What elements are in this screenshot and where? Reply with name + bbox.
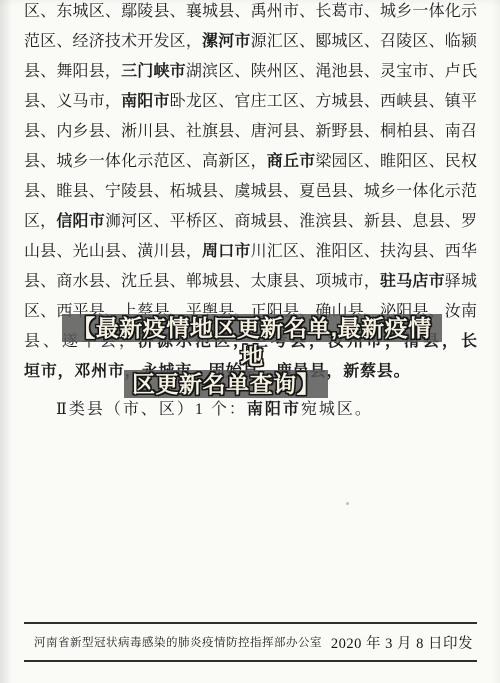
city-name-bold: 周口市 — [202, 243, 251, 260]
district-names: 县、睢县、宁陵县、柘城县、虞城县、夏邑县、城乡一体化示范 — [24, 183, 477, 200]
district-names: 梁园区、睢阳区、民权 — [315, 153, 477, 170]
watermark-line-2: 区更新名单查询】 — [36, 370, 416, 398]
text-line: 县、义马市，南阳市卧龙区、官庄工区、方城县、西峡县、镇平 — [24, 87, 477, 117]
district-names: 宛城区。 — [301, 401, 373, 418]
text-line: 县、舞阳县，三门峡市湖滨区、陕州区、渑池县、灵宝市、卢氏 — [24, 57, 477, 87]
district-names: 县、义马市， — [24, 93, 121, 110]
city-name-bold: 三门峡市 — [121, 63, 186, 80]
text-line: 县、商水县、沈丘县、郸城县、太康县、项城市，驻马店市驿城 — [24, 267, 477, 297]
district-names: 卧龙区、官庄工区、方城县、西峡县、镇平 — [170, 93, 477, 110]
district-names: 县、内乡县、淅川县、社旗县、唐河县、新野县、桐柏县、南召 — [24, 123, 477, 140]
text-line: Ⅱ类县（市、区）1 个：南阳市宛城区。 — [24, 395, 477, 425]
scanned-document-page: { "colors": { "band": "rgba(88,88,88,0.8… — [0, 0, 500, 683]
footer-bar: 河南省新型冠状病毒感染的肺炎疫情防控指挥部办公室 2020 年 3 月 8 日印… — [24, 622, 477, 662]
text-line: 山县、光山县、潢川县，周口市川汇区、淮阳区、扶沟县、西华 — [24, 237, 477, 267]
district-names: 区， — [24, 213, 56, 230]
text-line: 范区、经济技术开发区，漯河市源汇区、郾城区、召陵区、临颍 — [24, 27, 477, 57]
district-names: Ⅱ类县（市、区）1 个： — [56, 401, 247, 418]
district-names: 县、城乡一体化示范区、高新区， — [24, 153, 267, 170]
district-names: 范区、经济技术开发区， — [24, 33, 202, 50]
watermark-line-1: 【最新疫情地区更新名单,最新疫情地 — [62, 314, 442, 370]
watermark-text-1: 【最新疫情地区更新名单,最新疫情地 — [62, 314, 442, 342]
district-names: 山县、光山县、潢川县， — [24, 243, 202, 260]
city-name-bold: 商丘市 — [267, 153, 316, 170]
watermark-overlay: 【最新疫情地区更新名单,最新疫情地 区更新名单查询】 — [62, 314, 442, 398]
city-name-bold: 驻马店市 — [380, 273, 445, 290]
text-line: 区、东城区、鄢陵县、襄城县、禹州市、长葛市、城乡一体化示 — [24, 0, 477, 27]
city-name-bold: 南阳市 — [121, 93, 170, 110]
text-line: 区，信阳市浉河区、平桥区、商城县、淮滨县、新县、息县、罗 — [24, 207, 477, 237]
city-name-bold: 漯河市 — [202, 33, 251, 50]
city-name-bold: 信阳市 — [56, 213, 105, 230]
district-names: 源汇区、郾城区、召陵区、临颍 — [251, 33, 477, 50]
district-names: 县、商水县、沈丘县、郸城县、太康县、项城市， — [24, 273, 380, 290]
print-date-label: 2020 年 3 月 8 日印发 — [331, 632, 477, 653]
district-names: 湖滨区、陕州区、渑池县、灵宝市、卢氏 — [186, 63, 477, 80]
district-names: 驿城 — [445, 273, 477, 290]
district-names: 县、舞阳县， — [24, 63, 121, 80]
scan-speck — [346, 502, 349, 505]
text-line: 县、睢县、宁陵县、柘城县、虞城县、夏邑县、城乡一体化示范 — [24, 177, 477, 207]
text-line: 县、内乡县、淅川县、社旗县、唐河县、新野县、桐柏县、南召 — [24, 117, 477, 147]
text-line: 县、城乡一体化示范区、高新区，商丘市梁园区、睢阳区、民权 — [24, 147, 477, 177]
city-name-bold: 南阳市 — [247, 401, 301, 418]
issuing-office-label: 河南省新型冠状病毒感染的肺炎疫情防控指挥部办公室 — [24, 634, 322, 650]
district-names: 区、东城区、鄢陵县、襄城县、禹州市、长葛市、城乡一体化示 — [24, 3, 477, 20]
district-names: 川汇区、淮阳区、扶沟县、西华 — [251, 243, 477, 260]
watermark-text-2: 区更新名单查询】 — [124, 370, 328, 398]
district-names: 浉河区、平桥区、商城县、淮滨县、新县、息县、罗 — [105, 213, 477, 230]
